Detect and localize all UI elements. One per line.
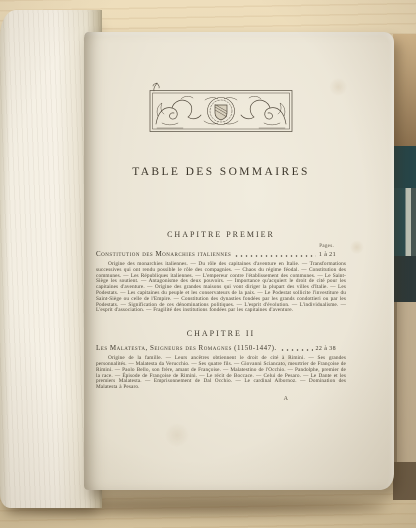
right-page: TABLE DES SOMMAIRES CHAPITRE PREMIER Pag… [84, 32, 394, 490]
chapter2-heading: CHAPITRE II [96, 329, 346, 338]
chapter1-summary: Origine des monarchies italiennes. — Du … [96, 262, 346, 314]
ornamental-headpiece [148, 86, 294, 136]
printer-signature-mark: A [96, 396, 346, 402]
chapter1-heading: CHAPITRE PREMIER [96, 230, 346, 239]
dot-leader [280, 349, 313, 351]
entry-title: Constitution des Monarchies italiennes [96, 250, 231, 258]
chapter2-summary: Origine de la famille. — Leurs ancêtres … [96, 356, 346, 391]
toc-entry-chapter1: Constitution des Monarchies italiennes 1… [96, 250, 346, 258]
open-book: TABLE DES SOMMAIRES CHAPITRE PREMIER Pag… [0, 10, 398, 512]
pages-column-label: Pages. [96, 244, 346, 249]
toc-entry-chapter2: Les Malatesta, Seigneurs des Romagnes (1… [96, 344, 346, 352]
entry-page-range: 22 à 38 [316, 346, 336, 352]
entry-page-range: 1 à 21 [319, 252, 336, 258]
bookshelf-photo: TABLE DES SOMMAIRES CHAPITRE PREMIER Pag… [0, 0, 416, 528]
entry-title: Les Malatesta, Seigneurs des Romagnes (1… [96, 344, 277, 352]
page-content: TABLE DES SOMMAIRES CHAPITRE PREMIER Pag… [84, 32, 394, 490]
dot-leader [234, 255, 316, 257]
page-title: TABLE DES SOMMAIRES [96, 166, 346, 178]
